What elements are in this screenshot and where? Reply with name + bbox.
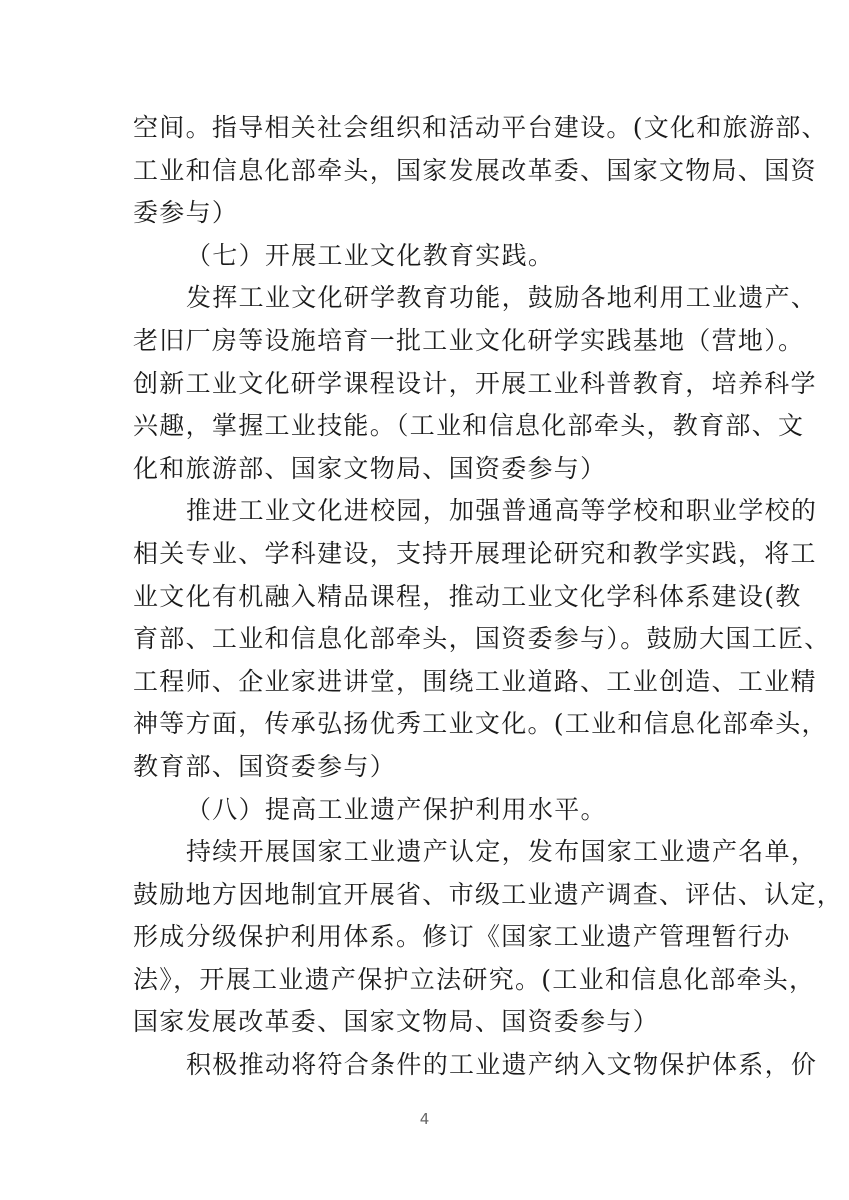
page-number: 4 <box>0 1110 849 1128</box>
text-line: 持续开展国家工业遗产认定，发布国家工业遗产名单， <box>133 831 723 874</box>
text-line: 形成分级保护利用体系。修订《国家工业遗产管理暂行办 <box>133 916 723 959</box>
text-line: 鼓励地方因地制宜开展省、市级工业遗产调查、评估、认定， <box>133 874 723 917</box>
text-line: 创新工业文化研学课程设计，开展工业科普教育，培养科学 <box>133 363 723 406</box>
section-heading-7: （七）开展工业文化教育实践。 <box>133 235 723 278</box>
text-line: 化和旅游部、国家文物局、国资委参与） <box>133 448 723 491</box>
text-line: 老旧厂房等设施培育一批工业文化研学实践基地（营地）。 <box>133 320 723 363</box>
heading-text: （八）提高工业遗产保护利用水平。 <box>133 789 723 832</box>
paragraph-continuation: 空间。指导相关社会组织和活动平台建设。(文化和旅游部、 工业和信息化部牵头，国家… <box>133 107 723 235</box>
paragraph-campus: 推进工业文化进校园，加强普通高等学校和职业学校的 相关专业、学科建设，支持开展理… <box>133 490 723 788</box>
paragraph-study-education: 发挥工业文化研学教育功能，鼓励各地利用工业遗产、 老旧厂房等设施培育一批工业文化… <box>133 277 723 490</box>
text-line: 国家发展改革委、国家文物局、国资委参与） <box>133 1001 723 1044</box>
text-line: 发挥工业文化研学教育功能，鼓励各地利用工业遗产、 <box>133 277 723 320</box>
text-line: 相关专业、学科建设，支持开展理论研究和教学实践，将工 <box>133 533 723 576</box>
text-line: 业文化有机融入精品课程，推动工业文化学科体系建设(教 <box>133 576 723 619</box>
text-line: 育部、工业和信息化部牵头，国资委参与）。鼓励大国工匠、 <box>133 618 723 661</box>
text-line: 法》，开展工业遗产保护立法研究。(工业和信息化部牵头， <box>133 959 723 1002</box>
text-line: 教育部、国资委参与） <box>133 746 723 789</box>
text-line: 推进工业文化进校园，加强普通高等学校和职业学校的 <box>133 490 723 533</box>
text-line: 积极推动将符合条件的工业遗产纳入文物保护体系，价 <box>133 1044 723 1087</box>
document-page: 空间。指导相关社会组织和活动平台建设。(文化和旅游部、 工业和信息化部牵头，国家… <box>0 0 849 1200</box>
text-line: 工业和信息化部牵头，国家发展改革委、国家文物局、国资 <box>133 150 723 193</box>
text-line: 神等方面，传承弘扬优秀工业文化。(工业和信息化部牵头， <box>133 703 723 746</box>
paragraph-heritage-protection: 积极推动将符合条件的工业遗产纳入文物保护体系，价 <box>133 1044 723 1087</box>
text-line: 空间。指导相关社会组织和活动平台建设。(文化和旅游部、 <box>133 107 723 150</box>
text-line: 委参与） <box>133 192 723 235</box>
paragraph-heritage-recognition: 持续开展国家工业遗产认定，发布国家工业遗产名单， 鼓励地方因地制宜开展省、市级工… <box>133 831 723 1044</box>
section-heading-8: （八）提高工业遗产保护利用水平。 <box>133 789 723 832</box>
document-body: 空间。指导相关社会组织和活动平台建设。(文化和旅游部、 工业和信息化部牵头，国家… <box>133 107 723 1087</box>
text-line: 工程师、企业家进讲堂，围绕工业道路、工业创造、工业精 <box>133 661 723 704</box>
heading-text: （七）开展工业文化教育实践。 <box>133 235 723 278</box>
text-line: 兴趣，掌握工业技能。（工业和信息化部牵头，教育部、文 <box>133 405 723 448</box>
